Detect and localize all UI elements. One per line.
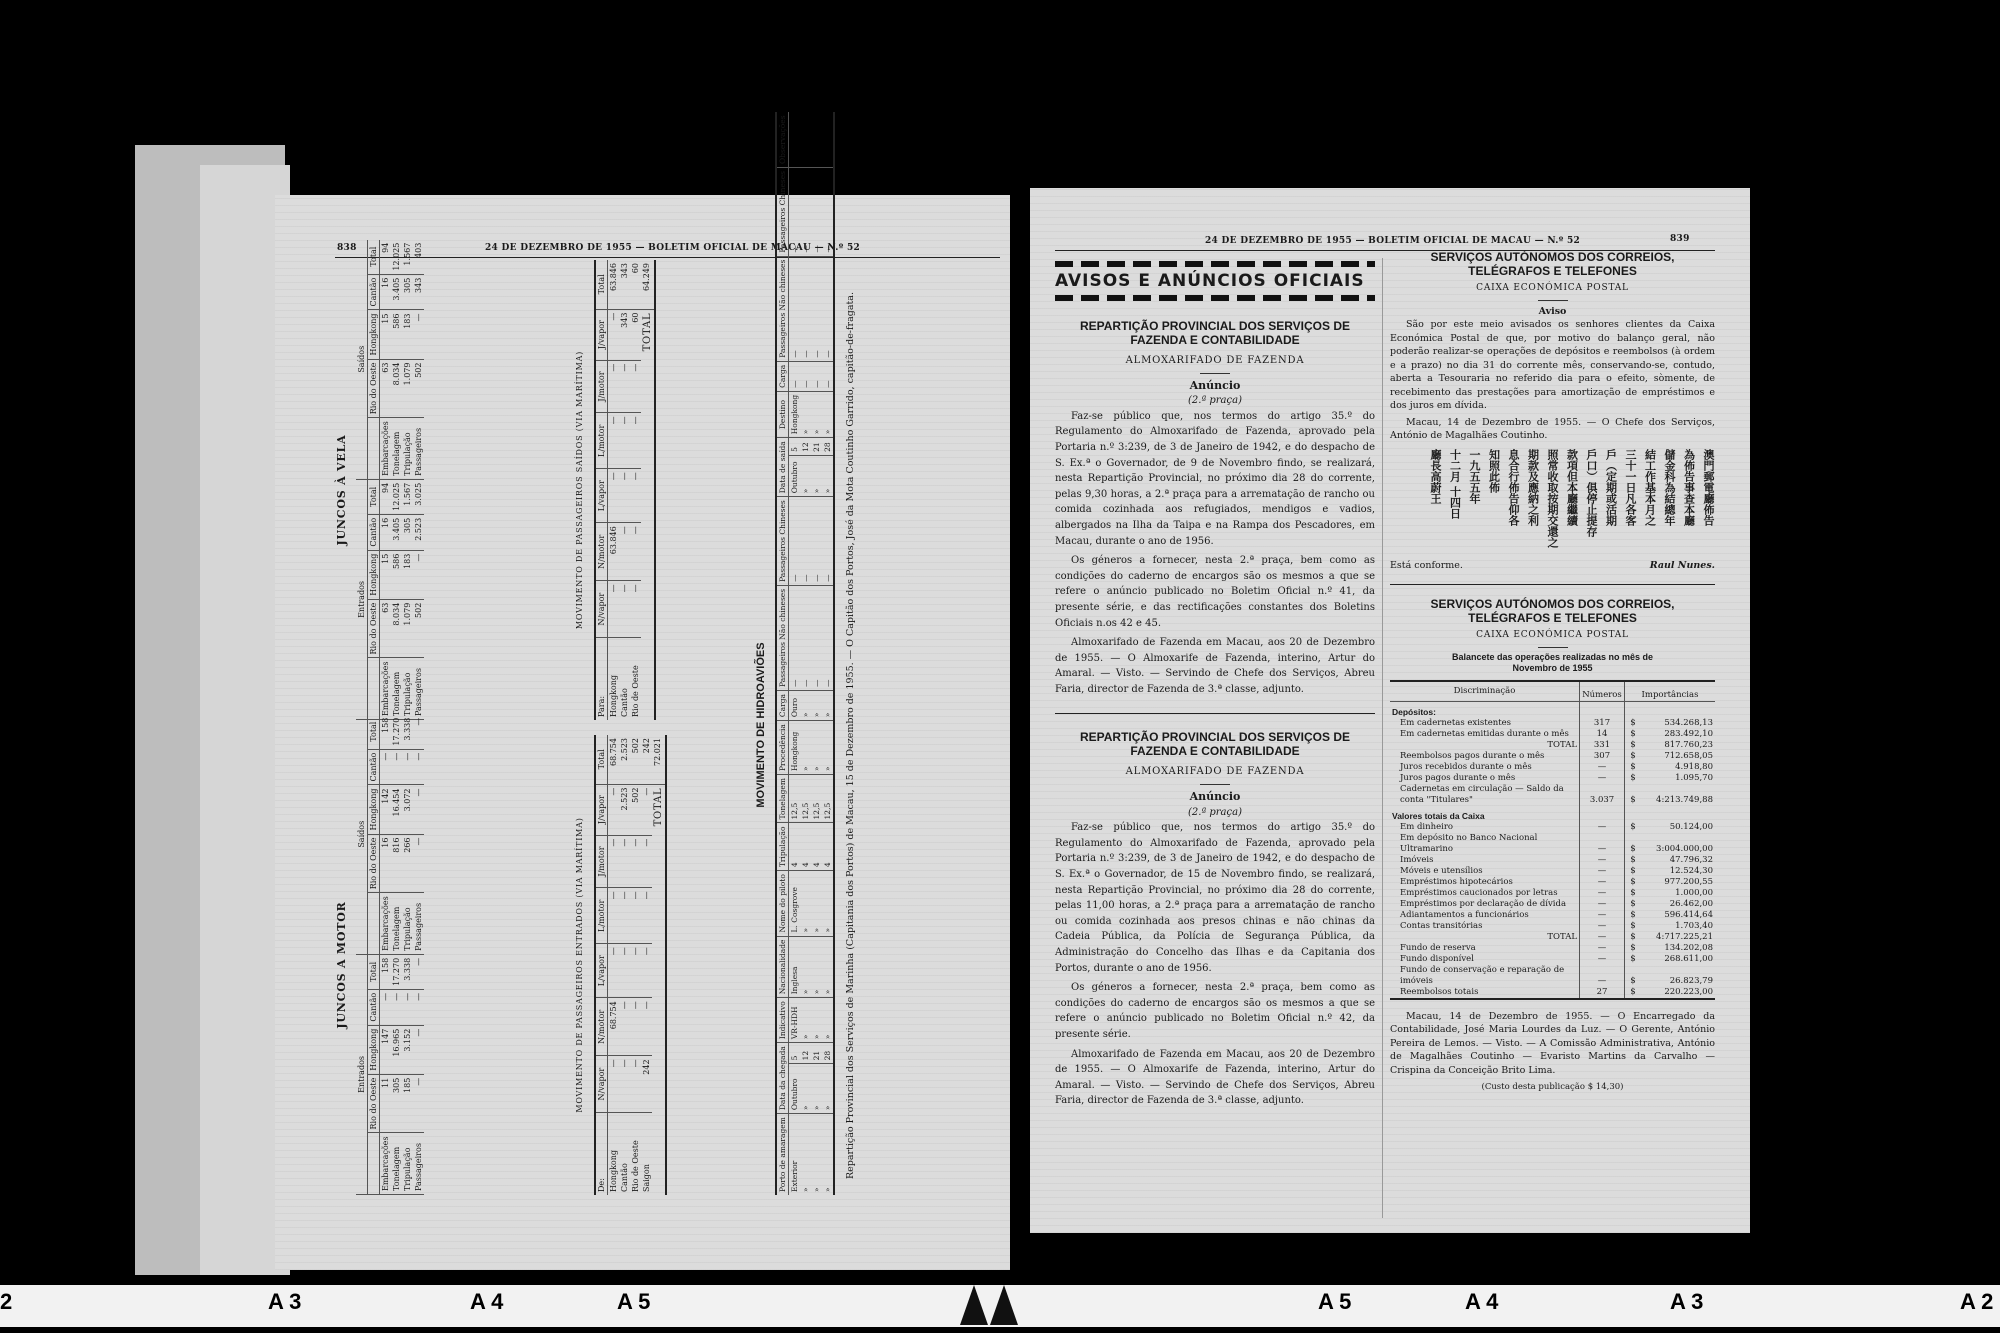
frame-mark: A 4 [1465,1289,1498,1315]
chinese-col: 十二月 十四日 [1448,449,1462,559]
aviso-signer: Raul Nunes. [1650,559,1715,573]
table-row: Adiantamentos a funcionários—$596.414,64 [1390,910,1715,921]
section-title: AVISOS E ANÚNCIOS OFICIAIS [1055,270,1375,292]
notice2-p1: Faz-se público que, nos termos do artigo… [1055,820,1375,976]
chinese-notice: 澳門郵電廳佈告 為佈告事查本廳 儲金科為結總年 結工作基本月之 三十一日凡各客 … [1390,449,1715,559]
table-row: Rio de Oeste—————502502 [630,735,641,1195]
col-header: Hongkong [368,310,380,359]
chinese-col: 結工作基本月之 [1643,449,1657,559]
col-header: L/vapor [595,944,608,998]
table-row: Empréstimos por declaração de dívida—$26… [1390,899,1715,910]
table-row: Móveis e utensílios—$12.524,30 [1390,866,1715,877]
left-column: AVISOS E ANÚNCIOS OFICIAIS REPARTIÇÃO PR… [1055,258,1375,1109]
col-header: N/motor [595,998,608,1056]
col-header: Total [368,240,380,275]
divider [1200,784,1230,785]
col-header: Passageiros Chineses [776,167,789,256]
col-header: Carga [776,361,789,391]
divider [1538,647,1568,648]
group-entrados: Entrados [356,479,368,719]
chinese-col: 息合行佈告仰各 [1507,449,1521,559]
total-row: TOTAL—$4:717.225,21 [1390,932,1715,943]
col-header: Total [595,260,608,309]
balancete-closing: Macau, 14 de Dezembro de 1955. — O Encar… [1390,1010,1715,1078]
table-row: Fundo de conservação e reparação de imóv… [1390,965,1715,987]
col-header: Números [1580,681,1625,702]
table-row: Reembolsos totais27$220.223,00 [1390,987,1715,999]
col-header: Procedência [776,721,789,775]
col-header: Data de saída [776,438,789,497]
table-row: Embarcações63151694Embarcações63151694 [380,240,392,720]
chinese-col: 期款及應納之利 [1526,449,1540,559]
table-row: Em dinheiro—$50.124,00 [1390,822,1715,833]
notice2-p3: Almoxarifado de Fazenda em Macau, aos 20… [1055,1047,1375,1109]
col-header: Passageiros Não chineses [776,585,789,690]
passageiros-entrados-title: MOVIMENTO DE PASSAGEIROS ENTRADOS (VIA M… [575,735,584,1195]
frame-mark: 2 [0,1289,12,1315]
col-header: Total [368,479,380,514]
frame-mark: A 4 [470,1289,503,1315]
col-header: Cantão [368,274,380,310]
chinese-col: 廳長高蔚王 [1429,449,1443,559]
col-header: J/vapor [595,309,608,360]
conforme-label: Está conforme. [1390,559,1463,573]
chinese-col: 為佈告事查本廳 [1682,449,1696,559]
table-row: Juros recebidos durante o mês—$4.918,80 [1390,762,1715,773]
section-row: Depósitos: [1390,701,1715,718]
table-row: Cantão—————343343 [619,260,630,720]
center-marker-icon [990,1285,1018,1325]
table-row: Tripulação1.0791833051.567Tripulação1.07… [402,240,413,720]
col-header: Rio do Oeste [368,834,380,893]
group-saidos: Saídos [356,240,368,480]
right-page: 24 DE DEZEMBRO DE 1955 — BOLETIM OFICIAL… [1030,188,1750,1233]
col-header: J/motor [595,835,608,888]
table-row: Empréstimos caucionados por letras—$1.00… [1390,888,1715,899]
col-header: Hongkong [368,1025,380,1074]
col-header: Rio do Oeste [368,1074,380,1133]
table-row: Hongkong—68.754————68.754 [608,735,620,1195]
table-row: Em cadernetas emitidas durante o mês14$2… [1390,729,1715,740]
page-number-right: 839 [1670,234,1690,244]
col-header: Hongkong [368,550,380,599]
col-header: Porto de amaragem [776,1114,789,1195]
table-row: Empréstimos hipotecários—$977.200,55 [1390,877,1715,888]
col-header: L/vapor [595,469,608,523]
col-header: Cantão [368,989,380,1025]
table-row: Cantão—————2.5232.523 [619,735,630,1195]
group-saidos: Saídos [356,715,368,955]
table-row: Em cadernetas existentes317$534.268,13 [1390,718,1715,729]
notice1-p3: Almoxarifado de Fazenda em Macau, aos 20… [1055,635,1375,697]
col-header: Rio do Oeste [368,599,380,658]
frame-mark: A 3 [268,1289,301,1315]
header-rule [335,257,1000,258]
chinese-col: 款項但本廳繼續 [1565,449,1579,559]
publication-cost: (Custo desta publicação $ 14,30) [1390,1081,1715,1095]
notice1-p1: Faz-se público que, nos termos do artigo… [1055,409,1375,549]
page-number-left: 838 [337,243,357,253]
divider [1538,300,1568,301]
col-header: N/vapor [595,581,608,637]
frame-mark: A 2 [1960,1289,1993,1315]
notice1-subtitle: (2.ª praça) [1055,393,1375,409]
col-header: Destino [776,391,789,437]
table-row: »»21»»»412,5»»——»21»——— [811,112,822,1195]
chinese-col: 儲金科為結總年 [1663,449,1677,559]
frame-mark: A 3 [1670,1289,1703,1315]
col-header: N/vapor [595,1056,608,1112]
juncos-motor-title: JUNCOS A MOTOR [335,735,348,1195]
table-row: Cadernetas em circulação — Saldo da cont… [1390,784,1715,806]
juncos-vela-title: JUNCOS À VELA [335,260,348,720]
table-row: Fundo de reserva—$134.202,08 [1390,943,1715,954]
col-header: Passageiros Não chineses [776,256,789,361]
col-header: Nacionalidade [776,936,789,998]
divider [1390,584,1715,585]
col-header: J/vapor [595,784,608,835]
col-header: Observações [776,112,789,167]
decorative-dashes [1055,261,1375,267]
table-row: »»28»»»412,5»»——»28»——— [822,112,834,1195]
decorative-dashes [1055,295,1375,301]
aviso-title: Aviso [1390,305,1715,319]
aviso-p2: Macau, 14 de Dezembro de 1955. — O Chefe… [1390,416,1715,443]
table-row: Fundo disponível—$268.611,00 [1390,954,1715,965]
total-row: TOTAL64.249 [641,260,655,720]
table-row: Imóveis—$47.796,32 [1390,855,1715,866]
center-marker-icon [960,1285,988,1325]
group-entrados: Entrados [356,954,368,1194]
col-header: Discriminação [1390,681,1580,702]
table-row: ExteriorOutubro5VR-HDHInglesaL. Cosgrove… [789,112,801,1195]
chinese-col: 戶（定期或活期 [1604,449,1618,559]
table-row: Tonelagem30516.965—17.270Tonelagem81616.… [391,715,402,1195]
balancete-dept: SERVIÇOS AUTÓNOMOS DOS CORREIOS, TELÉGRA… [1390,597,1715,625]
chinese-col: 戶口）俱停止提存 [1585,449,1599,559]
chinese-col: 三十一日凡各客 [1624,449,1638,559]
passageiros-saidos-title: MOVIMENTO DE PASSAGEIROS SAÍDOS (VIA MAR… [575,260,584,720]
table-row: Em depósito no Banco Nacional Ultramarin… [1390,833,1715,855]
chinese-col: 一九五五年 [1468,449,1482,559]
juncos-vela-table: JUNCOS À VELA EntradosSaídos Rio do Oest… [335,260,424,720]
film-strip-ruler: 2 A 3 A 4 A 5 A 5 A 4 A 3 A 2 [0,1285,2000,1327]
col-header: Tripulação [776,823,789,871]
table-row: Hongkong—63.846————63.846 [608,260,620,720]
chinese-col: 照常收取按期交還之 [1546,449,1560,559]
col-header: Tonelagem [776,775,789,823]
juncos-motor-table: JUNCOS A MOTOR EntradosSaídos Rio do Oes… [335,735,424,1195]
left-page: 838 24 DE DEZEMBRO DE 1955 — BOLETIM OFI… [275,195,1010,1270]
col-header: N/motor [595,523,608,581]
table-row: Juros pagos durante o mês—$1.095,70 [1390,773,1715,784]
col-header: Data da chegada [776,1043,789,1114]
passageiros-saidos-table: MOVIMENTO DE PASSAGEIROS SAÍDOS (VIA MAR… [575,260,656,720]
col-header: Cantão [368,749,380,785]
column-divider [1382,258,1383,1218]
table-row: Tripulação1853.152—3.338Tripulação2663.0… [402,715,413,1195]
balancete-table: Discriminação Números Importâncias Depós… [1390,680,1715,1000]
frame-mark: A 5 [1318,1289,1351,1315]
divider [1200,373,1230,374]
notice2-sub: ALMOXARIFADO DE FAZENDA [1055,764,1375,780]
notice2-title: Anúncio [1055,789,1375,805]
aviso-sub: CAIXA ECONÓMICA POSTAL [1390,282,1715,296]
col-header: Indicativo [776,998,789,1043]
col-header: Importâncias [1625,681,1716,702]
aviso-dept: SERVIÇOS AUTÓNOMOS DOS CORREIOS, TELÉGRA… [1390,250,1715,278]
lead-label: De: [595,1112,608,1195]
total-row: TOTAL331$817.760,23 [1390,740,1715,751]
col-header: Nome do piloto [776,871,789,936]
notice1-sub: ALMOXARIFADO DE FAZENDA [1055,353,1375,369]
hidroavioes-title: MOVIMENTO DE HIDROAVIÕES [755,255,767,1195]
table-row: Passageiros————Passageiros———— [413,715,424,1195]
table-row: Contas transitórias—$1.703,40 [1390,921,1715,932]
notice1-p2: Os géneros a fornecer, nesta 2.ª praça, … [1055,553,1375,631]
divider [1055,713,1375,714]
table-row: Tonelagem8.0345863.40512.025Tonelagem8.0… [391,240,402,720]
aviso-p1: São por este meio avisados os senhores c… [1390,318,1715,413]
passageiros-entrados-table: MOVIMENTO DE PASSAGEIROS ENTRADOS (VIA M… [575,735,667,1195]
table-row: Passageiros502—2.5233.025Passageiros502—… [413,240,424,720]
col-header: L/motor [595,888,608,944]
section-row: Valores totais da Caixa [1390,806,1715,822]
notice1-dept: REPARTIÇÃO PROVINCIAL DOS SERVIÇOS DE FA… [1055,319,1375,347]
running-head-right: 24 DE DEZEMBRO DE 1955 — BOLETIM OFICIAL… [1205,236,1580,246]
right-column: SERVIÇOS AUTÓNOMOS DOS CORREIOS, TELÉGRA… [1390,250,1715,1095]
table-row: Saigon242—————242 [641,735,652,1195]
col-header: Passageiros Chineses [776,497,789,586]
table-row: Reembolsos pagos durante o mês307$712.65… [1390,751,1715,762]
col-header: L/motor [595,413,608,469]
col-header: Carga [776,691,789,721]
notice2-dept: REPARTIÇÃO PROVINCIAL DOS SERVIÇOS DE FA… [1055,730,1375,758]
col-header: Total [595,735,608,784]
chinese-col: 澳門郵電廳佈告 [1702,449,1716,559]
frame-mark: A 5 [617,1289,650,1315]
col-header: Rio do Oeste [368,359,380,418]
balancete-title: Balancete das operações realizadas no mê… [1390,652,1715,674]
chinese-col: 知照此佈 [1487,449,1501,559]
notice2-p2: Os géneros a fornecer, nesta 2.ª praça, … [1055,980,1375,1042]
table-row: »»12»»»412,5»»——»12»——— [800,112,811,1195]
table-row: Rio de Oeste—————6060 [630,260,641,720]
notice1-title: Anúncio [1055,378,1375,394]
col-header: Cantão [368,514,380,550]
col-header: Hongkong [368,785,380,834]
lead-label: Para: [595,637,608,720]
col-header: Total [368,715,380,750]
table-row: Embarcações11147—158Embarcações16142—158 [380,715,392,1195]
capitania-footer: Repartição Provincial dos Serviços de Ma… [845,255,856,1195]
hidroavioes-table: MOVIMENTO DE HIDROAVIÕES Porto de amarag… [755,255,856,1195]
notice2-subtitle: (2.ª praça) [1055,805,1375,821]
col-header: Total [368,954,380,989]
balancete-sub: CAIXA ECONÓMICA POSTAL [1390,629,1715,643]
col-header: J/motor [595,360,608,413]
total-row: TOTAL72.021 [652,735,666,1195]
